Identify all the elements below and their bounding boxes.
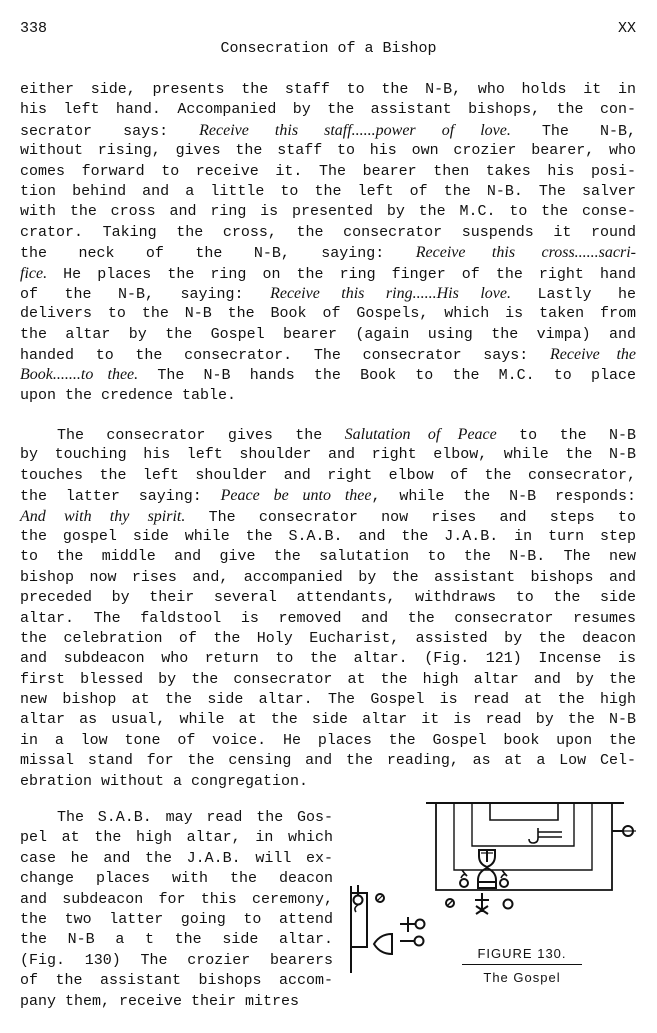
figure-130-diagram xyxy=(340,790,657,1030)
text-line: comes forward to receive it. The bearer … xyxy=(20,162,636,182)
text-line: crator. Taking the cross, the consecrato… xyxy=(20,223,636,243)
paragraph-3: The S.A.B. may read the Gos-pel at the h… xyxy=(20,808,333,1012)
text-line: in a low tone of voice. He places the Go… xyxy=(20,731,636,751)
page-title: Consecration of a Bishop xyxy=(0,40,657,57)
chapter-number: XX xyxy=(618,20,636,37)
text-line: of the N-B, saying: Receive this ring...… xyxy=(20,284,636,304)
text-line: first blessed by the consecrator at the … xyxy=(20,670,636,690)
text-line: pel at the high altar, in which xyxy=(20,828,333,848)
page-number: 338 xyxy=(20,20,47,37)
text-line: pany them, receive their mitres xyxy=(20,992,333,1012)
text-line: altar as usual, while at the side altar … xyxy=(20,710,636,730)
text-line: the celebration of the Holy Eucharist, a… xyxy=(20,629,636,649)
figure-number: FIGURE 130. xyxy=(462,946,582,965)
text-line: (Fig. 130) The crozier bearers xyxy=(20,951,333,971)
paragraph-1: either side, presents the staff to the N… xyxy=(20,80,636,406)
text-line: the gospel side while the S.A.B. and the… xyxy=(20,527,636,547)
text-line: without rising, gives the staff to his o… xyxy=(20,141,636,161)
text-line: the N-B a t the side altar. xyxy=(20,930,333,950)
text-line: tion behind and a little to the left of … xyxy=(20,182,636,202)
text-line: Book.......to thee. The N-B hands the Bo… xyxy=(20,365,636,385)
text-line: missal stand for the censing and the rea… xyxy=(20,751,636,771)
text-line: fice. He places the ring on the ring fin… xyxy=(20,264,636,284)
text-line: altar. The faldstool is removed and the … xyxy=(20,609,636,629)
text-line: new bishop at the side altar. The Gospel… xyxy=(20,690,636,710)
text-line: delivers to the N-B the Book of Gospels,… xyxy=(20,304,636,324)
text-line: handed to the consecrator. The consecrat… xyxy=(20,345,636,365)
text-line: and subdeacon for this ceremony, xyxy=(20,890,333,910)
figure-subtitle: The Gospel xyxy=(462,965,582,985)
text-line: his left hand. Accompanied by the assist… xyxy=(20,100,636,120)
text-line: the altar by the Gospel bearer (again us… xyxy=(20,325,636,345)
text-line: and subdeacon who return to the altar. (… xyxy=(20,649,636,669)
text-line: change places with the deacon xyxy=(20,869,333,889)
text-line: And with thy spirit. The consecrator now… xyxy=(20,507,636,527)
text-line: by touching his left shoulder and right … xyxy=(20,445,636,465)
text-line: the two latter going to attend xyxy=(20,910,333,930)
text-line: of the assistant bishops accom- xyxy=(20,971,333,991)
text-line: the latter saying: Peace be unto thee, w… xyxy=(20,486,636,506)
figure-caption: FIGURE 130. The Gospel xyxy=(462,946,582,985)
text-line: bishop now rises and, accompanied by the… xyxy=(20,568,636,588)
text-line: upon the credence table. xyxy=(20,386,636,406)
text-line: with the cross and ring is presented by … xyxy=(20,202,636,222)
text-line: The consecrator gives the Salutation of … xyxy=(20,425,636,445)
text-line: the neck of the N-B, saying: Receive thi… xyxy=(20,243,636,263)
text-line: The S.A.B. may read the Gos- xyxy=(20,808,333,828)
paragraph-2: The consecrator gives the Salutation of … xyxy=(20,425,636,792)
text-line: ebration without a congregation. xyxy=(20,772,636,792)
text-line: touches the left shoulder and right elbo… xyxy=(20,466,636,486)
text-line: to the middle and give the salutation to… xyxy=(20,547,636,567)
text-line: secrator says: Receive this staff......p… xyxy=(20,121,636,141)
text-line: case he and the J.A.B. will ex- xyxy=(20,849,333,869)
text-line: preceded by their several attendants, wi… xyxy=(20,588,636,608)
text-line: either side, presents the staff to the N… xyxy=(20,80,636,100)
